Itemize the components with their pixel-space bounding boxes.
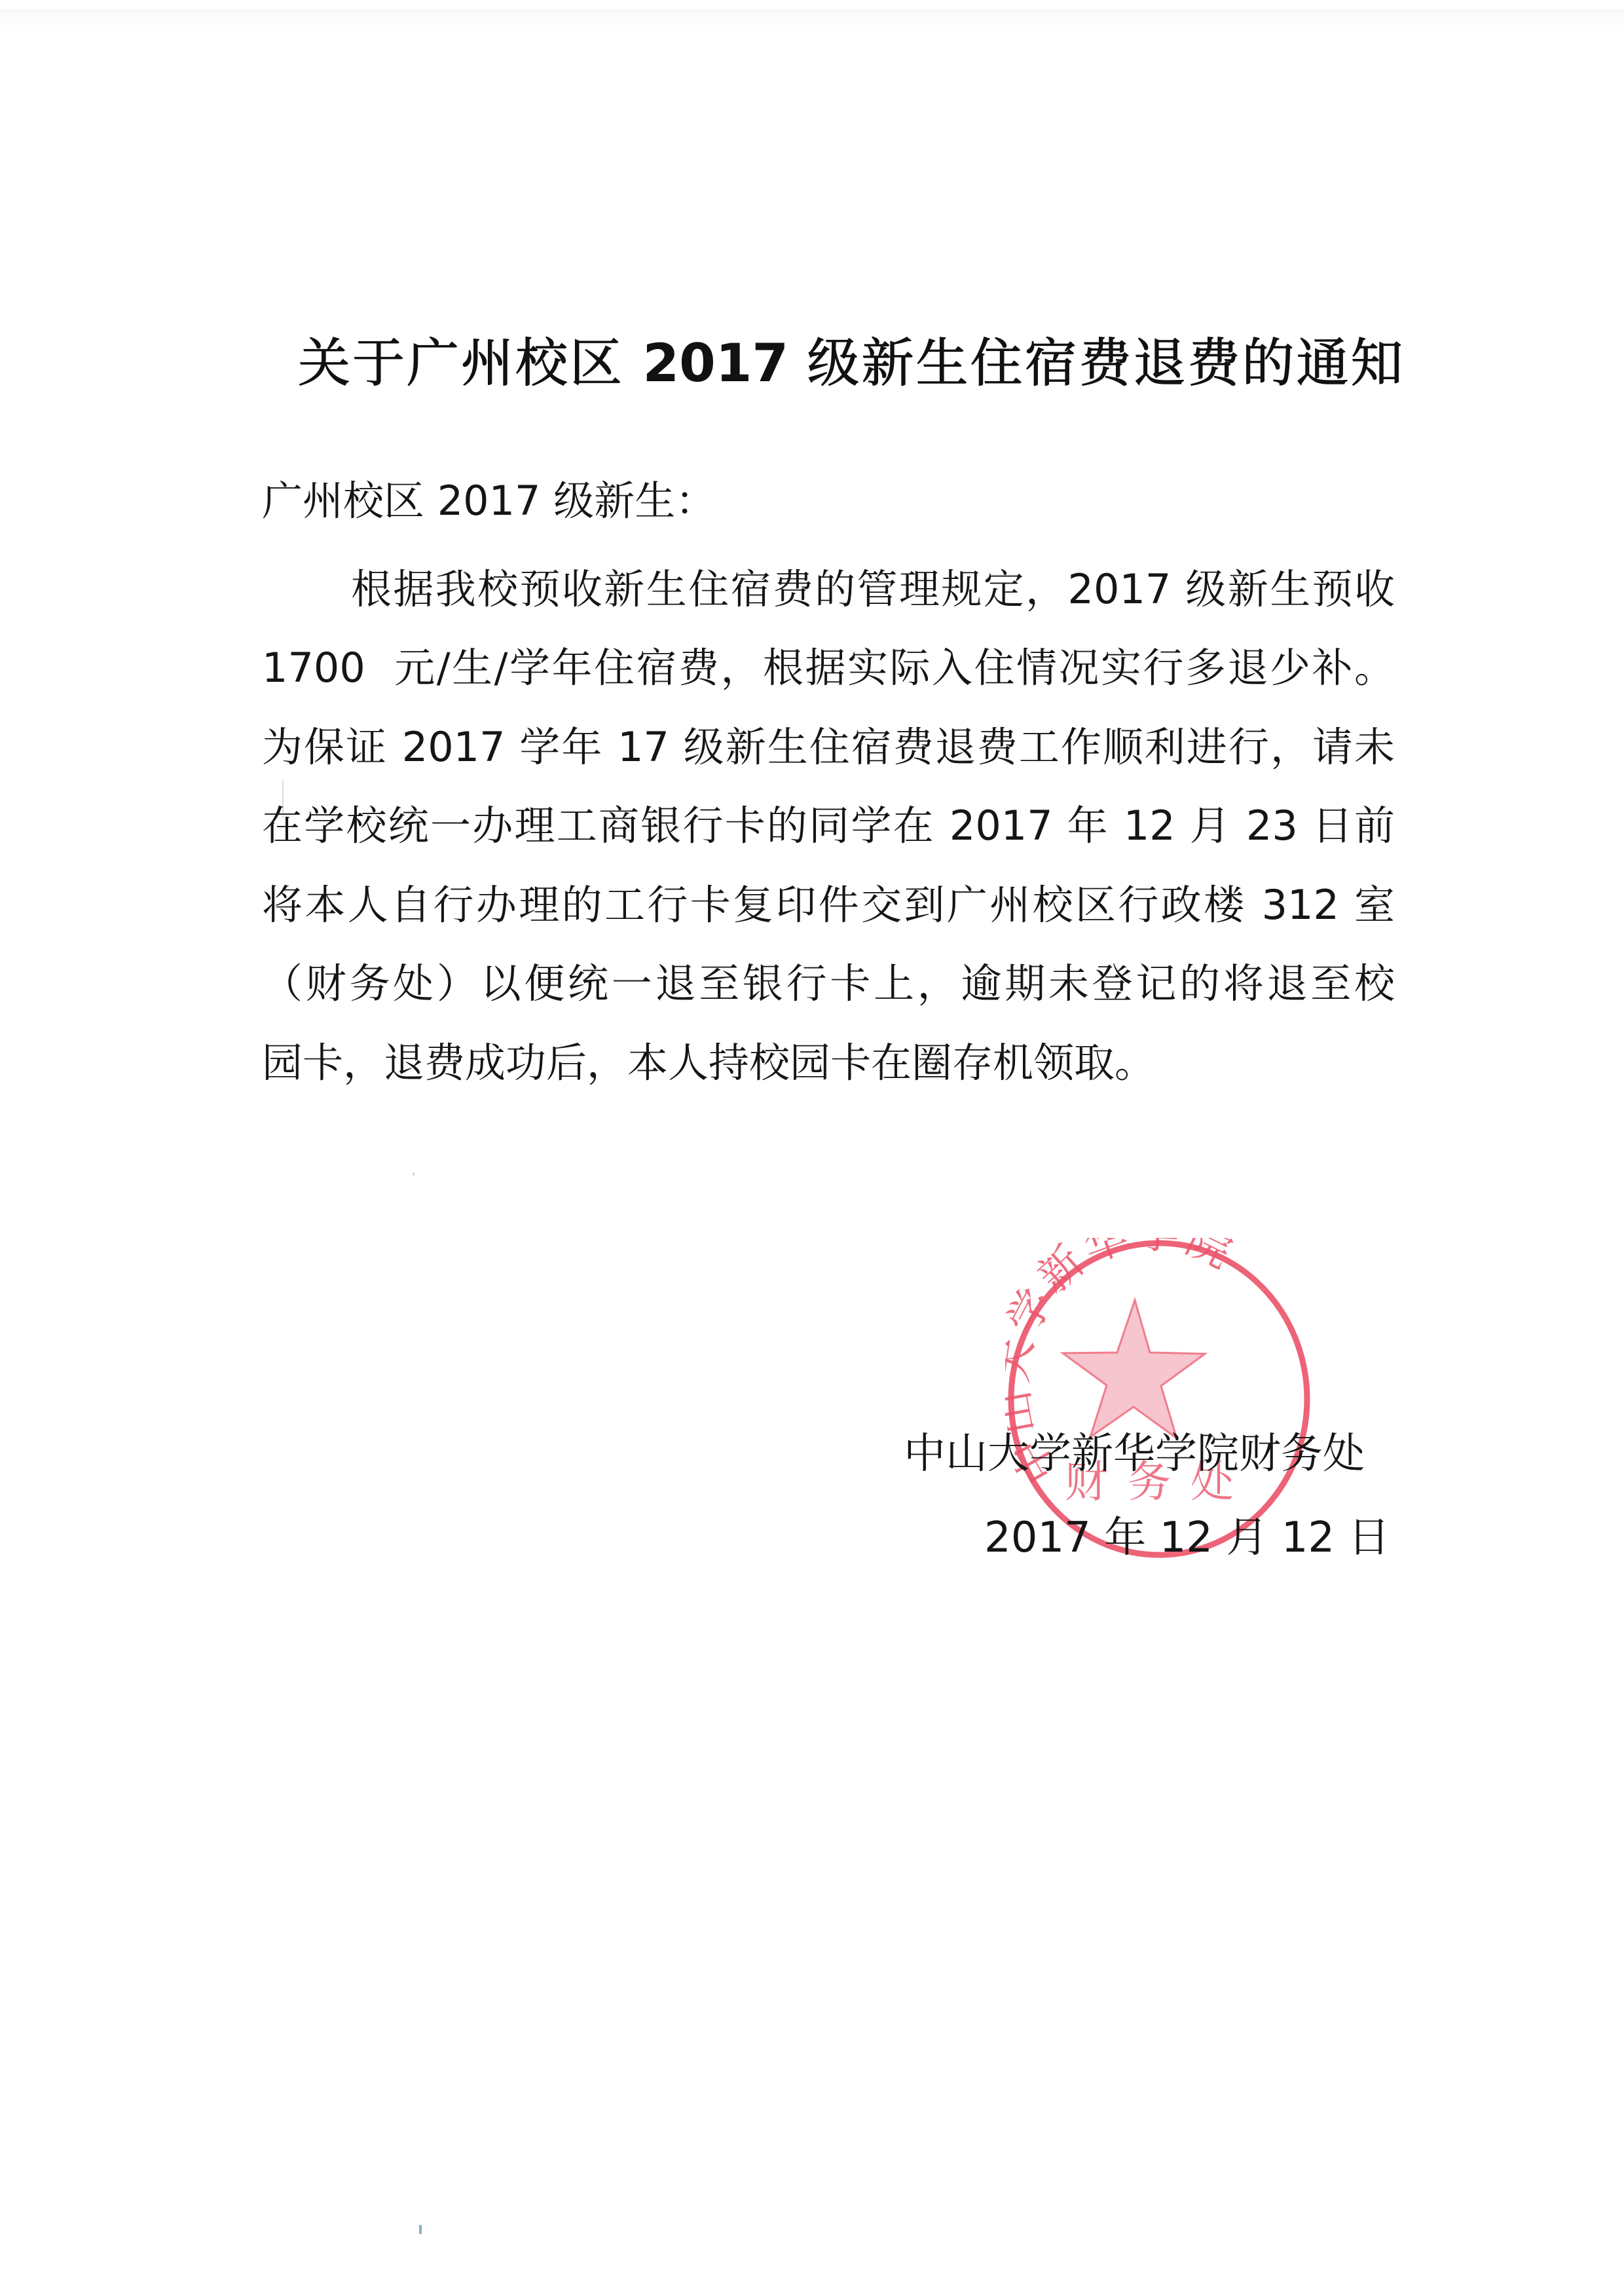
text-segment: 学年 — [506, 723, 618, 771]
date-month: 12 — [1160, 1514, 1213, 1562]
text-segment: 为保证 — [262, 723, 402, 771]
scan-artifact-band — [0, 9, 1624, 29]
document-title: 关于广州校区 2017 级新生住宿费退费的通知 — [298, 327, 1398, 400]
text-segment: 日前 — [1298, 802, 1395, 849]
text-segment: 元/生/学年住宿费，根据实际入住情况实行多退少补。 — [365, 644, 1395, 692]
text-segment: 级新生预收 — [1171, 565, 1395, 613]
star-icon — [1063, 1300, 1205, 1438]
paragraph-line-5: 将本人自行办理的工行卡复印件交到广州校区行政楼 312 室 — [262, 866, 1395, 945]
date-month-unit: 月 — [1213, 1514, 1282, 1562]
text-segment: 根据我校预收新生住宿费的管理规定， — [351, 565, 1068, 613]
date-day: 12 — [1282, 1514, 1335, 1562]
title-prefix: 关于广州校区 — [298, 333, 642, 394]
text-segment: 级新生住宿费退费工作顺利进行，请未 — [669, 723, 1395, 771]
paragraph-line-7: 园卡，退费成功后，本人持校园卡在圈存机领取。 — [262, 1024, 1395, 1103]
title-suffix: 级新生住宿费退费的通知 — [788, 333, 1405, 394]
text-segment: （财务处）以便统一退至银行卡上，逾期未登记的将退至校 — [262, 960, 1395, 1007]
date-day-unit: 日 — [1335, 1514, 1390, 1562]
text-segment: 在学校统一办理工商银行卡的同学在 — [262, 802, 950, 849]
paragraph-line-2: 1700 元/生/学年住宿费，根据实际入住情况实行多退少补。 — [262, 629, 1395, 708]
issue-date: 2017 年 12 月 12 日 — [984, 1512, 1351, 1564]
number-segment: 312 — [1262, 881, 1339, 929]
number-segment: 23 — [1246, 802, 1298, 849]
text-segment: 月 — [1175, 802, 1246, 849]
text-segment: 园卡，退费成功后，本人持校园卡在圈存机领取。 — [262, 1039, 1155, 1087]
scan-speck — [413, 1172, 415, 1176]
paragraph-line-1: 根据我校预收新生住宿费的管理规定，2017 级新生预收 — [262, 550, 1395, 629]
paragraph-line-6: （财务处）以便统一退至银行卡上，逾期未登记的将退至校 — [262, 944, 1395, 1024]
salutation-prefix: 广州校区 — [262, 477, 437, 525]
text-segment: 年 — [1053, 802, 1124, 849]
date-year: 2017 — [984, 1514, 1091, 1562]
number-segment: 12 — [1124, 802, 1175, 849]
scan-speck — [282, 779, 284, 819]
text-segment: 将本人自行办理的工行卡复印件交到广州校区行政楼 — [262, 881, 1262, 929]
issuer-signature: 中山大学新华学院财务处 — [904, 1428, 1388, 1480]
document-page: 关于广州校区 2017 级新生住宿费退费的通知 广州校区 2017 级新生： 根… — [0, 0, 1624, 2295]
number-segment: 2017 — [950, 802, 1053, 849]
text-segment: 室 — [1339, 881, 1395, 929]
notice-body: 广州校区 2017 级新生： 根据我校预收新生住宿费的管理规定，2017 级新生… — [262, 462, 1395, 1102]
title-year: 2017 — [642, 333, 788, 394]
paragraph-line-4: 在学校统一办理工商银行卡的同学在 2017 年 12 月 23 日前 — [262, 787, 1395, 866]
number-segment: 2017 — [1068, 565, 1172, 613]
salutation-year: 2017 — [437, 477, 541, 525]
scan-speck — [419, 2225, 422, 2234]
date-year-unit: 年 — [1091, 1514, 1160, 1562]
number-segment: 1700 — [262, 644, 365, 692]
number-segment: 17 — [618, 723, 669, 771]
paragraph-line-3: 为保证 2017 学年 17 级新生住宿费退费工作顺利进行，请未 — [262, 708, 1395, 787]
salutation: 广州校区 2017 级新生： — [262, 462, 1395, 541]
number-segment: 2017 — [402, 723, 506, 771]
salutation-suffix: 级新生： — [541, 477, 716, 525]
